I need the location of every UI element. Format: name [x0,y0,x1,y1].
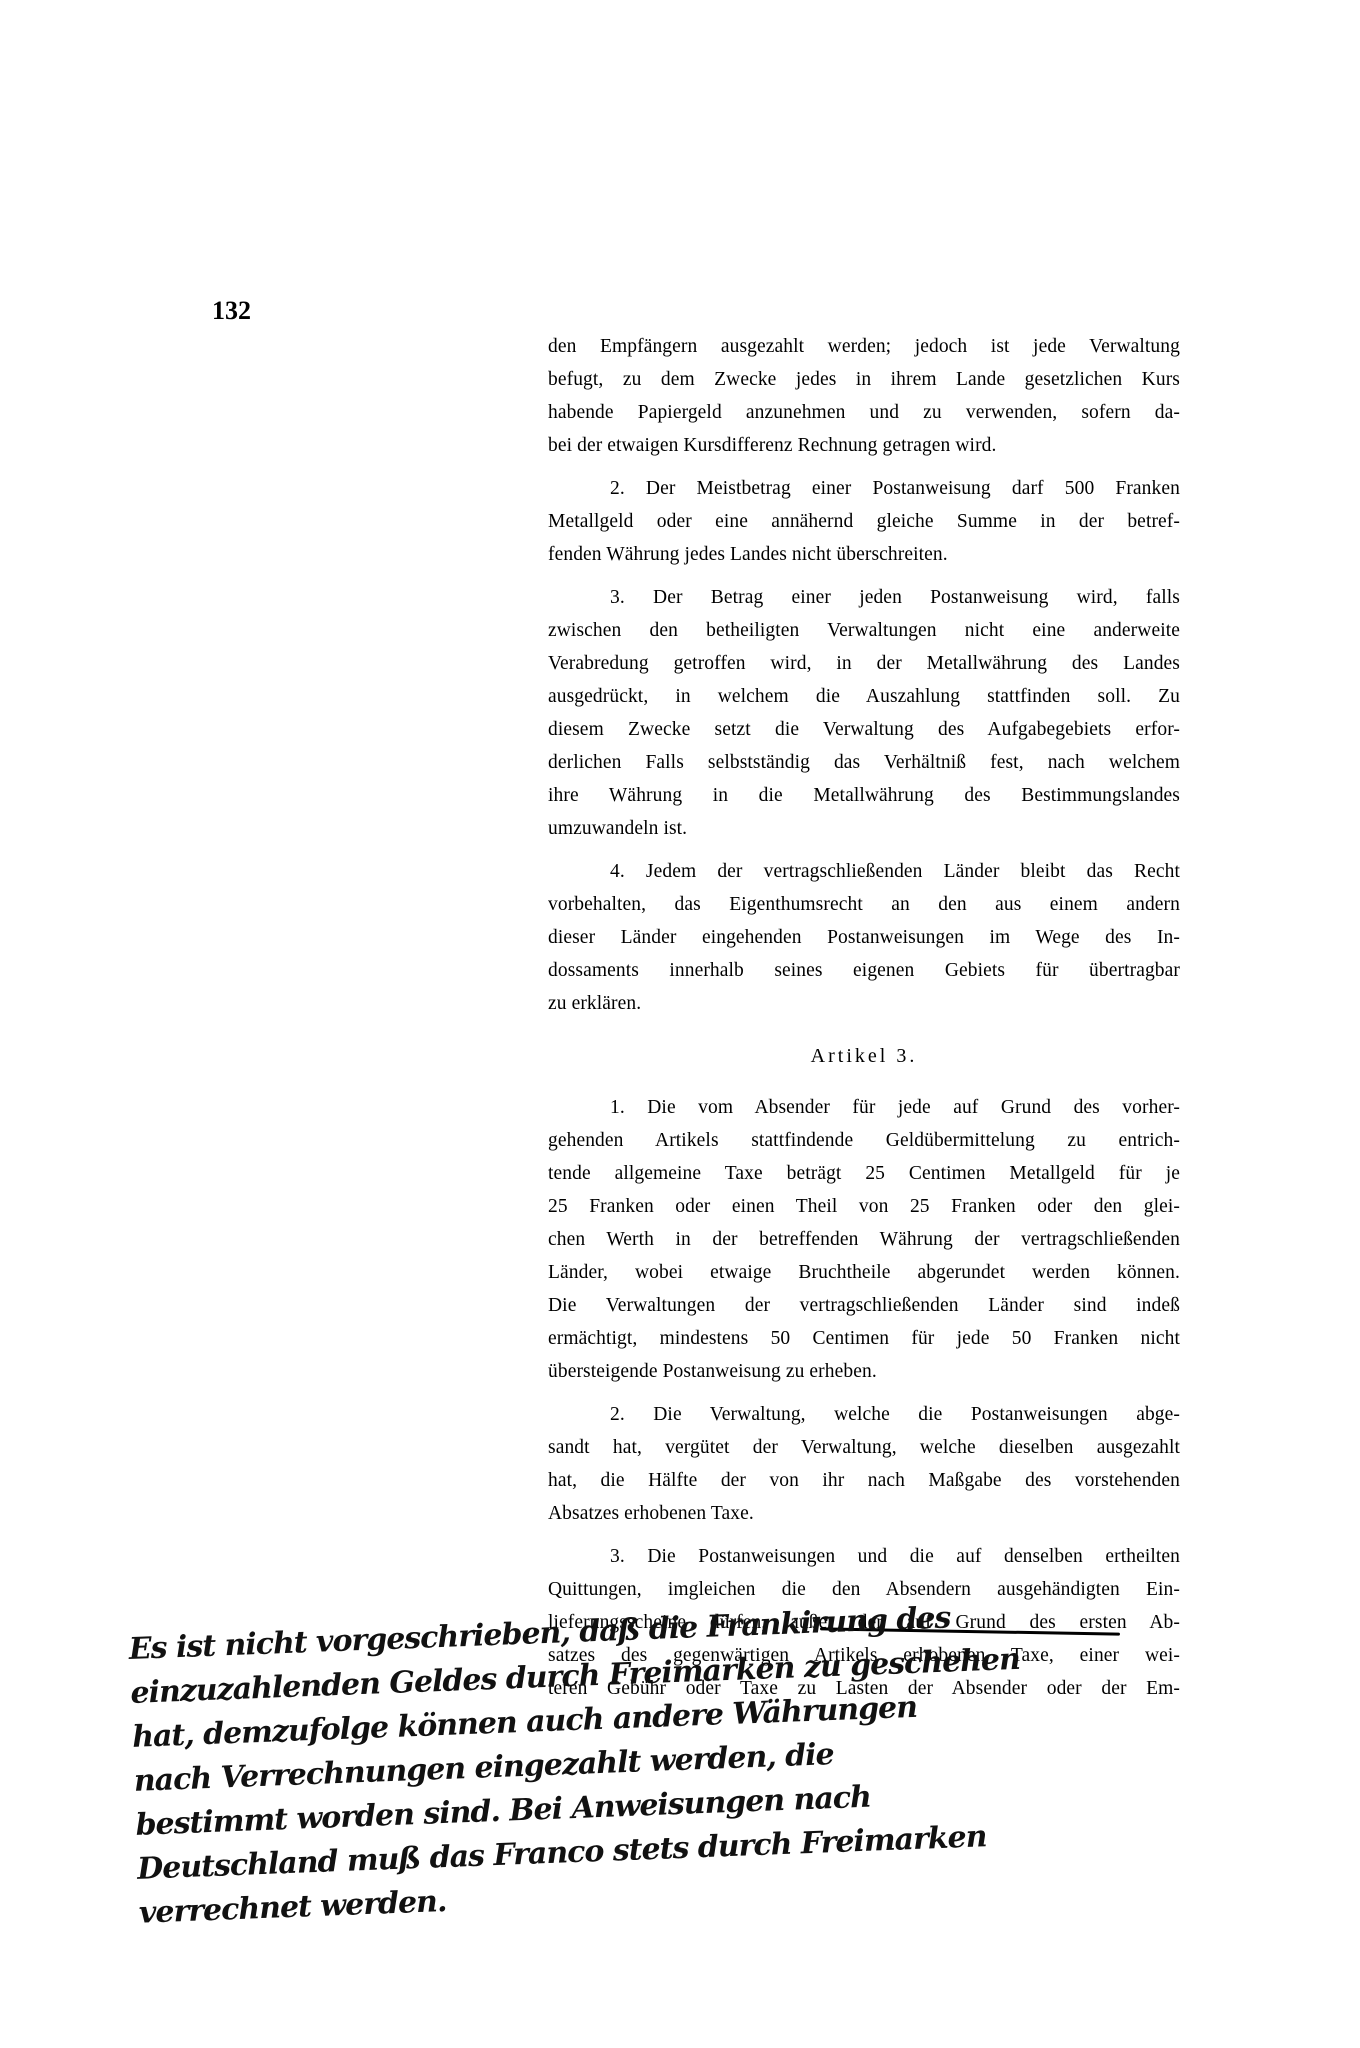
text-line: übersteigende Postanweisung zu erheben. [548,1355,1180,1388]
text-line: 3. Die Postanweisungen und die auf dense… [548,1540,1180,1573]
paragraph: 2. Der Meistbetrag einer Postanweisung d… [548,472,1180,571]
text-line: fenden Währung jedes Landes nicht übersc… [548,538,1180,571]
text-line: diesem Zwecke setzt die Verwaltung des A… [548,713,1180,746]
paragraph: 4. Jedem der vertragschließenden Länder … [548,855,1180,1020]
text-line: chen Werth in der betreffenden Währung d… [548,1223,1180,1256]
text-line: Metallgeld oder eine annähernd gleiche S… [548,505,1180,538]
text-line: 3. Der Betrag einer jeden Postanweisung … [548,581,1180,614]
text-line: 25 Franken oder einen Theil von 25 Frank… [548,1190,1180,1223]
paragraph: 1. Die vom Absender für jede auf Grund d… [548,1091,1180,1388]
article-heading: Artikel 3. [548,1040,1180,1073]
text-line: zu erklären. [548,987,1180,1020]
text-line: zwischen den betheiligten Verwaltungen n… [548,614,1180,647]
paragraph: 3. Der Betrag einer jeden Postanweisung … [548,581,1180,845]
text-line: Länder, wobei etwaige Bruchtheile abgeru… [548,1256,1180,1289]
text-line: tende allgemeine Taxe beträgt 25 Centime… [548,1157,1180,1190]
text-line: ausgedrückt, in welchem die Auszahlung s… [548,680,1180,713]
text-line: vorbehalten, das Eigenthumsrecht an den … [548,888,1180,921]
text-line: bei der etwaigen Kursdifferenz Rechnung … [548,429,1180,462]
text-line: ihre Währung in die Metallwährung des Be… [548,779,1180,812]
text-line: sandt hat, vergütet der Verwaltung, welc… [548,1431,1180,1464]
handwritten-annotation: Es ist nicht vorgeschrieben, daß die Fra… [128,1585,1269,1936]
printed-text-column: den Empfängern ausgezahlt werden; jedoch… [548,330,1180,1715]
text-line: Absatzes erhobenen Taxe. [548,1497,1180,1530]
text-line: gehenden Artikels stattfindende Geldüber… [548,1124,1180,1157]
text-line: Verabredung getroffen wird, in der Metal… [548,647,1180,680]
page-number: 132 [212,296,251,326]
text-line: ermächtigt, mindestens 50 Centimen für j… [548,1322,1180,1355]
text-line: befugt, zu dem Zwecke jedes in ihrem Lan… [548,363,1180,396]
text-line: umzuwandeln ist. [548,812,1180,845]
text-line: 2. Die Verwaltung, welche die Postanweis… [548,1398,1180,1431]
text-line: 1. Die vom Absender für jede auf Grund d… [548,1091,1180,1124]
text-line: 4. Jedem der vertragschließenden Länder … [548,855,1180,888]
text-line: hat, die Hälfte der von ihr nach Maßgabe… [548,1464,1180,1497]
text-line: habende Papiergeld anzunehmen und zu ver… [548,396,1180,429]
paragraph: 2. Die Verwaltung, welche die Postanweis… [548,1398,1180,1530]
text-line: 2. Der Meistbetrag einer Postanweisung d… [548,472,1180,505]
text-line: dieser Länder eingehenden Postanweisunge… [548,921,1180,954]
text-line: Die Verwaltungen der vertragschließenden… [548,1289,1180,1322]
text-line: dossaments innerhalb seines eigenen Gebi… [548,954,1180,987]
text-line: derlichen Falls selbstständig das Verhäl… [548,746,1180,779]
paragraph: den Empfängern ausgezahlt werden; jedoch… [548,330,1180,462]
text-line: den Empfängern ausgezahlt werden; jedoch… [548,330,1180,363]
